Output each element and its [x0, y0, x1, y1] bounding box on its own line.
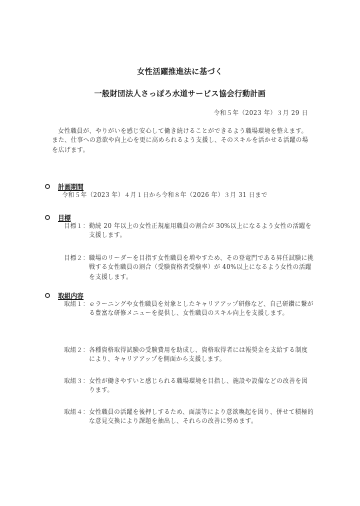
section-heading-goals: 目標	[45, 213, 71, 222]
document-page: 女性活躍推進法に基づく 一般財団法人さっぽろ水道サービス協会行動計画 令和５年（…	[0, 0, 360, 506]
document-title-line2: 一般財団法人さっぽろ水道サービス協会行動計画	[0, 88, 360, 99]
initiative-item-2: 取組２： 各種資格取得試験の受験費用を助成し、資格取得者には報奨金を支給する制度…	[64, 346, 314, 365]
section-heading-period: 計画期間	[45, 182, 84, 191]
initiative-text: ｅラーニングや女性職員を対象としたキャリアアップ研修など、自己研鑽に繋がる豊富な…	[89, 300, 314, 319]
section-heading-label: 計画期間	[58, 182, 84, 191]
document-date: 令和５年（2023 年）３月 29 日	[214, 108, 308, 117]
circle-bullet-icon	[45, 215, 50, 220]
initiative-item-1: 取組１： ｅラーニングや女性職員を対象としたキャリアアップ研修など、自己研鑽に繋…	[64, 300, 314, 319]
goal-text: 勤続 20 年以上の女性正規雇用職員の割合が 30%以上になるよう女性の活躍を支…	[89, 222, 314, 241]
intro-paragraph: 女性職員が、やりがいを感じ安心して働き続けることができるよう職場環境を整えます。…	[52, 127, 310, 155]
initiative-item-3: 取組３： 女性が働きやすいと感じられる職場環境を目指し、施設や設備などの改善を図…	[64, 377, 314, 396]
goal-label: 目標２：	[64, 254, 89, 282]
goal-label: 目標１：	[64, 222, 89, 241]
initiative-label: 取組２：	[64, 346, 89, 365]
initiative-item-4: 取組４： 女性職員の活躍を後押しするため、面談等により意欲喚起を図り、併せて積極…	[64, 408, 314, 427]
plan-period-text: 令和５年（2023 年）４月１日から令和８年（2026 年）３月 31 日まで	[62, 191, 320, 200]
initiative-label: 取組３：	[64, 377, 89, 396]
initiative-text: 女性が働きやすいと感じられる職場環境を目指し、施設や設備などの改善を図ります。	[89, 377, 314, 396]
circle-bullet-icon	[45, 184, 50, 189]
goal-item-1: 目標１： 勤続 20 年以上の女性正規雇用職員の割合が 30%以上になるよう女性…	[64, 222, 314, 241]
goal-item-2: 目標２： 職場のリーダーを目指す女性職員を増やすため、その登竜門である昇任試験に…	[64, 254, 314, 282]
section-heading-initiatives: 取組内容	[45, 291, 84, 300]
circle-bullet-icon	[45, 293, 50, 298]
document-title-line1: 女性活躍推進法に基づく	[0, 66, 360, 77]
initiative-text: 女性職員の活躍を後押しするため、面談等により意欲喚起を図り、併せて積極的な意見交…	[89, 408, 314, 427]
initiative-label: 取組１：	[64, 300, 89, 319]
initiative-text: 各種資格取得試験の受験費用を助成し、資格取得者には報奨金を支給する制度により、キ…	[89, 346, 314, 365]
section-heading-label: 取組内容	[58, 291, 84, 300]
goal-text: 職場のリーダーを目指す女性職員を増やすため、その登竜門である昇任試験に挑戦する女…	[89, 254, 314, 282]
section-heading-label: 目標	[58, 213, 71, 222]
initiative-label: 取組４：	[64, 408, 89, 427]
